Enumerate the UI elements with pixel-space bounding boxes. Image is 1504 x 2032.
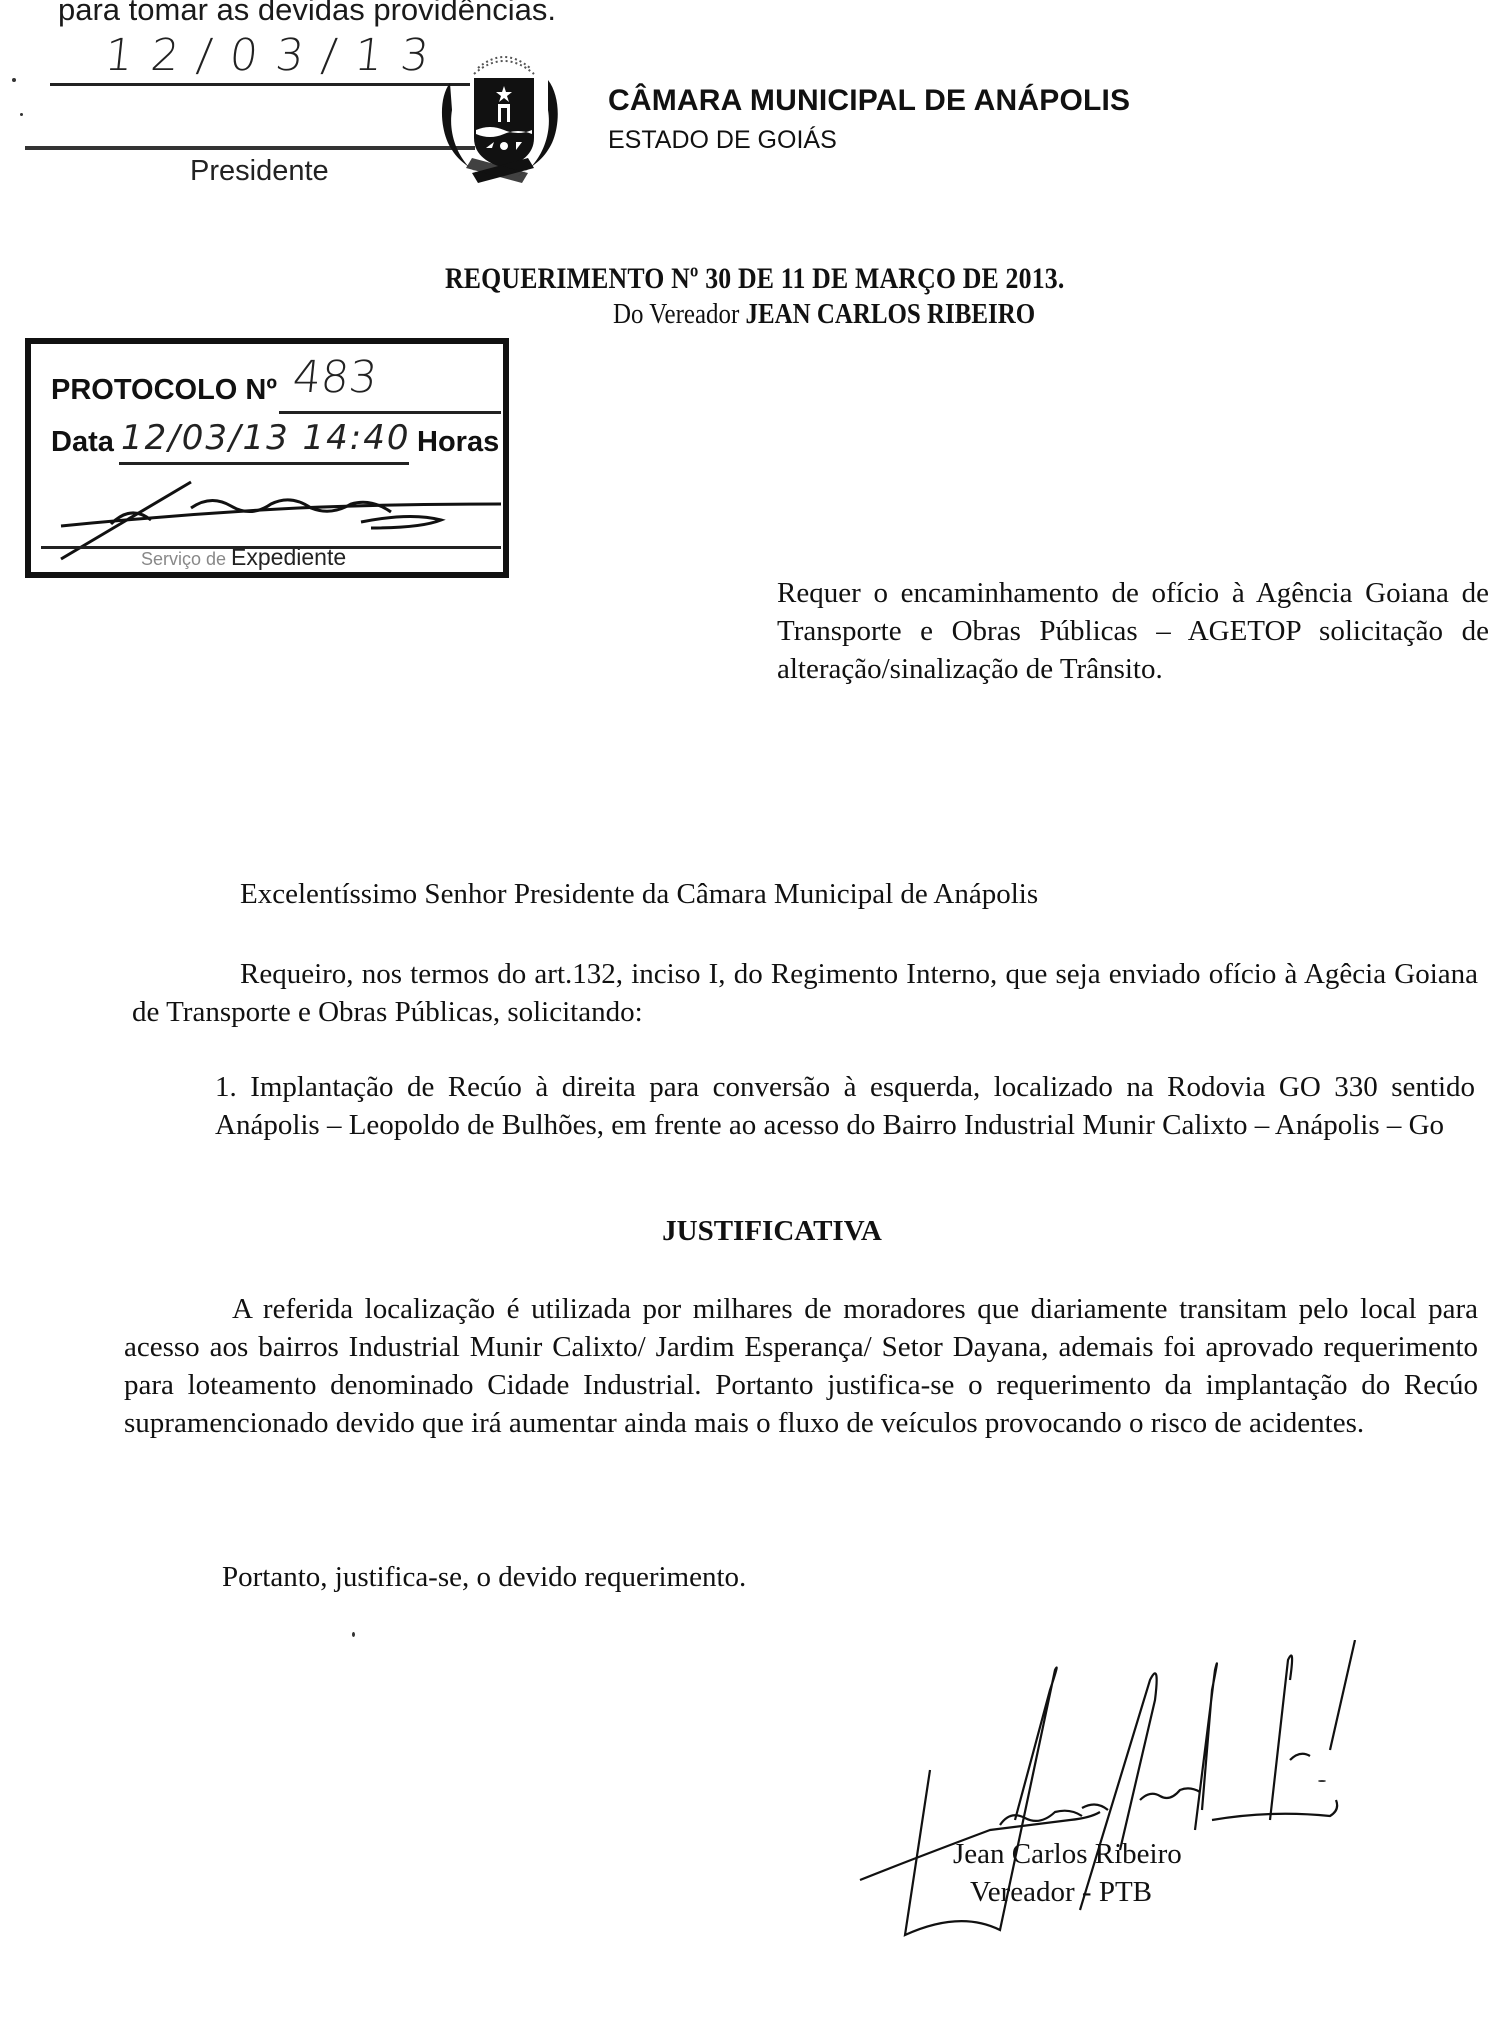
signature-line-top [50, 83, 470, 86]
coat-of-arms-icon [430, 38, 570, 188]
scan-speck [352, 1632, 355, 1637]
protocol-hours-label: Horas [417, 426, 499, 459]
justification-heading: JUSTIFICATIVA [0, 1215, 1504, 1248]
requerimento-summary: Requer o encaminhamento de ofício à Agên… [777, 574, 1489, 688]
scan-speck [1318, 1780, 1326, 1782]
summary-text: Requer o encaminhamento de ofício à Agên… [777, 574, 1489, 688]
request-paragraph-text: Requeiro, nos termos do art.132, inciso … [132, 958, 1478, 1028]
closing-sentence: Portanto, justifica-se, o devido requeri… [222, 1558, 746, 1596]
president-label: Presidente [190, 155, 329, 188]
protocol-label: PROTOCOLO Nº [51, 374, 277, 407]
protocol-department: Serviço de Expediente [141, 544, 346, 571]
requerimento-title: REQUERIMENTO Nº 30 DE 11 DE MARÇO DE 201… [445, 262, 1064, 296]
request-item: 1. Implantação de Recúo à direita para c… [215, 1068, 1475, 1144]
salutation: Excelentíssimo Senhor Presidente da Câma… [240, 875, 1038, 913]
justification-text: A referida localização é utilizada por m… [124, 1293, 1478, 1439]
signature-line-president [25, 146, 475, 150]
request-paragraph: Requeiro, nos termos do art.132, inciso … [132, 955, 1478, 1031]
institution-name: CÂMARA MUNICIPAL DE ANÁPOLIS [608, 84, 1130, 118]
requerimento-author: Do Vereador JEAN CARLOS RIBEIRO [613, 298, 1035, 331]
institution-state: ESTADO DE GOIÁS [608, 126, 837, 155]
handwritten-dispatch-date: 12/03/13 [102, 30, 449, 81]
scan-speck [20, 113, 23, 116]
protocol-date-label: Data [51, 426, 114, 459]
author-name: JEAN CARLOS RIBEIRO [746, 298, 1036, 330]
department-name: Expediente [231, 544, 346, 570]
dispatch-note: para tomar as devidas providências. [58, 0, 556, 28]
justification-paragraph: A referida localização é utilizada por m… [124, 1290, 1478, 1442]
signer-role: Vereador - PTB [970, 1876, 1152, 1909]
signer-name: Jean Carlos Ribeiro [953, 1838, 1182, 1871]
handwritten-signature-icon [850, 1640, 1410, 1960]
department-prefix: Serviço de [141, 549, 231, 569]
protocol-number: 483 [290, 352, 379, 403]
protocol-date-value: 12/03/13 14:40 [121, 418, 411, 458]
author-prefix: Do Vereador [613, 298, 746, 330]
scan-speck [12, 78, 16, 82]
protocol-stamp: PROTOCOLO Nº 483 Data 12/03/13 14:40 Hor… [25, 338, 509, 578]
protocol-number-line [279, 411, 501, 414]
